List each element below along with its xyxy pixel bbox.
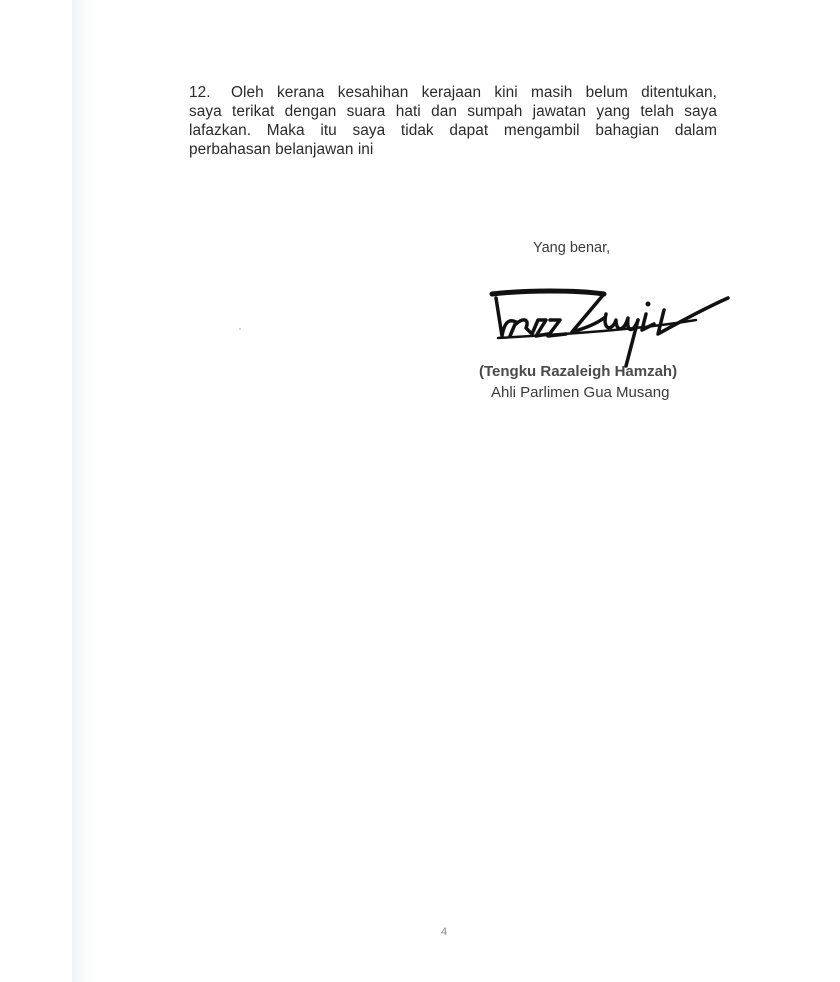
paragraph-line-3: lafazkan. Maka itu saya tidak dapat meng…	[189, 121, 717, 140]
paragraph-line-2: saya terikat dengan suara hati dan sumpa…	[189, 102, 717, 121]
paragraph-12: 12.Oleh kerana kesahihan kerajaan kini m…	[189, 83, 717, 159]
scan-speck	[239, 328, 241, 330]
paragraph-line-1: 12.Oleh kerana kesahihan kerajaan kini m…	[189, 83, 717, 102]
signatory-title: Ahli Parlimen Gua Musang	[491, 384, 669, 401]
signatory-name: (Tengku Razaleigh Hamzah)	[479, 363, 677, 380]
closing-salutation: Yang benar,	[533, 240, 610, 256]
paragraph-number: 12.	[189, 83, 231, 102]
document-page: 12.Oleh kerana kesahihan kerajaan kini m…	[0, 0, 840, 982]
page-number: 4	[441, 926, 447, 938]
paragraph-line-4: perbahasan belanjawan ini	[189, 140, 717, 159]
handwritten-signature-icon	[486, 284, 736, 374]
